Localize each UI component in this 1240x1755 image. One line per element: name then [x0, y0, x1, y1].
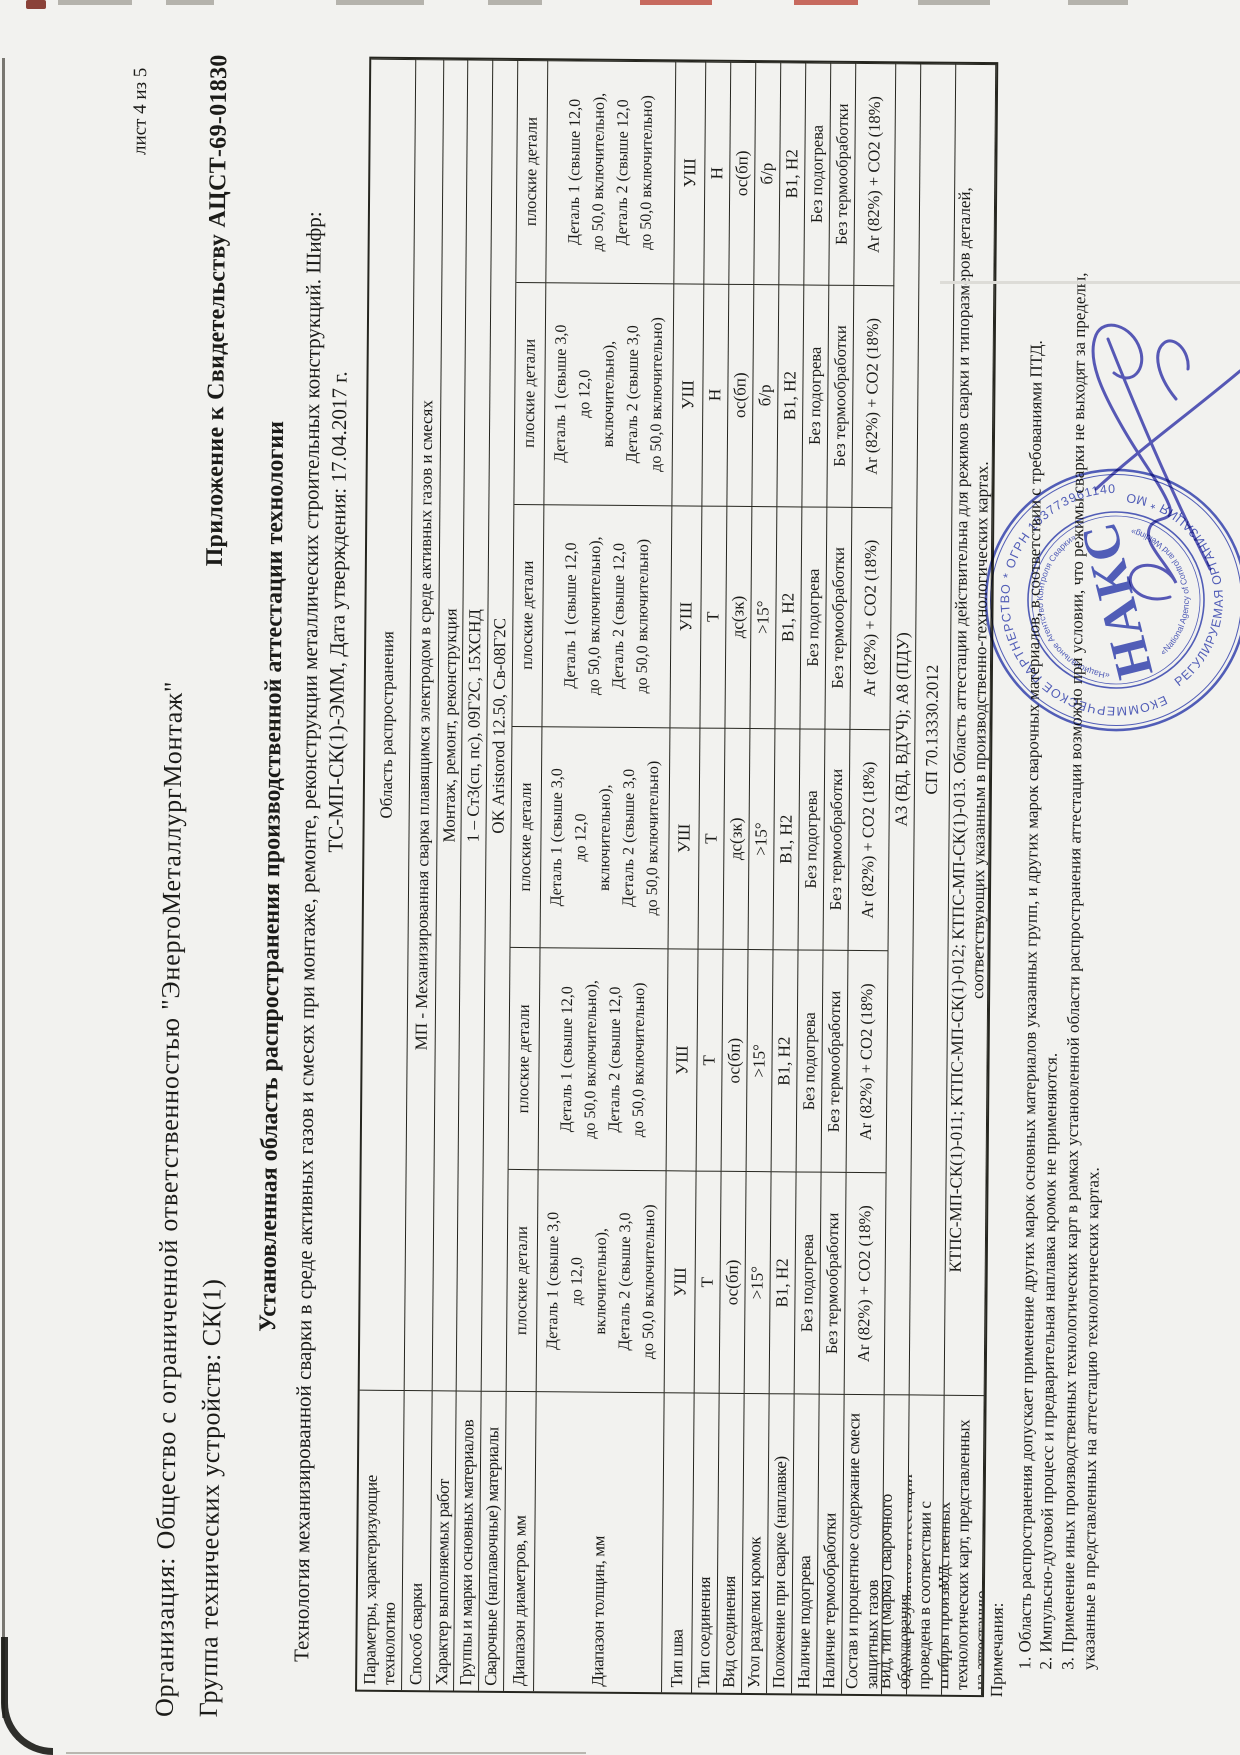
sheet-number: лист 4 из 5: [129, 68, 152, 156]
thickness-cell: Деталь 1 (свыше 12,0 до 50,0 включительн…: [539, 948, 669, 1171]
preheat-cell: Без подогрева: [797, 950, 824, 1172]
row-label-work-type: Характер выполняемых работ: [430, 1390, 457, 1690]
joint-type-cell: Т: [699, 727, 726, 949]
scanned-document-page: лист 4 из 5 Организация: Общество с огра…: [0, 0, 1240, 1755]
seam-type-cell: УШ: [670, 505, 702, 727]
diameter-cell: плоские детали: [514, 282, 546, 504]
joint-kind-cell: ос(бп): [720, 1171, 747, 1393]
device-group-line: Группа технических устройств: СК(1): [194, 1279, 228, 1718]
weld-position-cell: В1, Н2: [777, 284, 804, 506]
joint-kind-cell: ос(бп): [727, 284, 754, 506]
row-label-weld-position: Положение при сварке (наплавке): [767, 1393, 795, 1693]
joint-type-cell: Н: [702, 283, 729, 505]
row-label-heat-treatment: Наличие термообработки: [817, 1394, 845, 1694]
thickness-cell: Деталь 1 (свыше 3,0 до 12,0 включительно…: [537, 1169, 667, 1392]
joint-kind-cell: дс(зк): [725, 505, 752, 727]
heat-treatment-cell: Без термообработки: [829, 63, 856, 285]
joint-kind-cell: дс(зк): [724, 727, 751, 949]
row-label-bevel-angle: Угол разделки кромок: [742, 1393, 770, 1693]
table-header-params: Параметры, характеризующие технологию: [357, 1390, 405, 1690]
bevel-angle-cell: >15°: [749, 728, 776, 950]
seam-type-cell: УШ: [674, 61, 706, 283]
organization-line: Организация: Общество с ограниченной отв…: [150, 681, 189, 1718]
preheat-cell: Без подогрева: [802, 284, 829, 506]
row-label-diameter-range: Диапазон диаметров, мм: [504, 1391, 537, 1691]
heat-treatment-cell: Без термообработки: [827, 285, 854, 507]
page-content: лист 4 из 5 Организация: Общество с огра…: [0, 0, 1240, 1755]
bevel-angle-cell: >15°: [750, 506, 777, 728]
weld-position-cell: В1, Н2: [774, 728, 801, 950]
diameter-cell: плоские детали: [509, 947, 541, 1169]
row-label-assessment: Оценка результатов аттестации проведена …: [907, 1394, 945, 1694]
seam-type-cell: УШ: [672, 283, 704, 505]
row-label-seam-type: Тип шва: [662, 1392, 695, 1692]
signature: [1048, 275, 1240, 635]
diameter-cell: плоские детали: [511, 725, 543, 947]
row-label-ciphers: Шифры производственных технологических к…: [942, 1395, 985, 1695]
attestation-scope-table: Параметры, характеризующие технологию Об…: [355, 57, 998, 1697]
row-label-weld-method: Способ сварки: [402, 1390, 433, 1690]
bevel-angle-cell: б/р: [752, 284, 779, 506]
gas-mixture-cell: Ar (82%) + CO2 (18%): [850, 507, 892, 729]
joint-type-cell: Т: [695, 1171, 722, 1393]
landscape-page: лист 4 из 5 Организация: Общество с огра…: [0, 0, 1240, 1755]
heat-treatment-cell: Без термообработки: [824, 728, 851, 950]
thickness-cell: Деталь 1 (свыше 3,0 до 12,0 включительно…: [544, 282, 674, 505]
diameter-cell: плоские детали: [512, 504, 544, 726]
joint-type-cell: Т: [697, 949, 724, 1171]
row-label-joint-kind: Вид соединения: [717, 1393, 745, 1693]
gas-mixture-cell: Ar (82%) + CO2 (18%): [854, 63, 896, 285]
weld-position-cell: В1, Н2: [772, 950, 799, 1172]
row-label-equipment: Вид, тип (марка) сварочного оборудования: [882, 1394, 910, 1694]
seam-type-cell: УШ: [665, 1170, 697, 1392]
row-label-preheat: Наличие подогрева: [792, 1393, 820, 1693]
joint-kind-cell: ос(бп): [729, 62, 756, 284]
page-title: Установленная область распространения пр…: [251, 0, 293, 1754]
preheat-cell: Без подогрева: [800, 506, 827, 728]
row-label-material-groups: Группы и марки основных материалов: [454, 1390, 482, 1690]
gas-mixture-cell: Ar (82%) + CO2 (18%): [852, 285, 894, 507]
heat-treatment-cell: Без термообработки: [822, 950, 849, 1172]
preheat-cell: Без подогрева: [799, 728, 826, 950]
heat-treatment-cell: Без термообработки: [825, 506, 852, 728]
seam-type-cell: УШ: [667, 949, 699, 1171]
bevel-angle-cell: б/р: [754, 62, 781, 284]
gas-mixture-cell: Ar (82%) + CO2 (18%): [849, 728, 891, 950]
weld-position-cell: В1, Н2: [770, 1171, 797, 1393]
joint-type-cell: Н: [704, 62, 731, 284]
diameter-cell: плоские детали: [507, 1169, 539, 1391]
annex-title: Приложение к Свидетельству АЦСТ-69-01830: [202, 54, 233, 566]
thickness-cell: Деталь 1 (свыше 12,0 до 50,0 включительн…: [542, 504, 672, 727]
weld-position-cell: В1, Н2: [779, 62, 806, 284]
thickness-cell: Деталь 1 (свыше 3,0 до 12,0 включительно…: [541, 726, 671, 949]
row-label-joint-type: Тип соединения: [692, 1393, 720, 1693]
bevel-angle-cell: >15°: [747, 949, 774, 1171]
weld-position-cell: В1, Н2: [775, 506, 802, 728]
row-label-gas-mixture: Состав и процентное содержание смеси защ…: [842, 1394, 885, 1694]
joint-type-cell: Т: [700, 505, 727, 727]
bevel-angle-cell: >15°: [745, 1171, 772, 1393]
preheat-cell: Без подогрева: [795, 1172, 822, 1394]
gas-mixture-cell: Ar (82%) + CO2 (18%): [845, 1172, 887, 1394]
seam-type-cell: УШ: [669, 727, 701, 949]
row-label-thickness-range: Диапазон толщин, мм: [534, 1391, 665, 1692]
gas-mixture-cell: Ar (82%) + CO2 (18%): [847, 950, 889, 1172]
preheat-cell: Без подогрева: [804, 62, 831, 284]
diameter-cell: плоские детали: [516, 60, 548, 282]
joint-kind-cell: ос(бп): [722, 949, 749, 1171]
heat-treatment-cell: Без термообработки: [820, 1172, 847, 1394]
row-label-filler-materials: Сварочные (наплавочные) материалы: [479, 1391, 507, 1691]
thickness-cell: Деталь 1 (свыше 12,0 до 50,0 включительн…: [546, 60, 676, 283]
